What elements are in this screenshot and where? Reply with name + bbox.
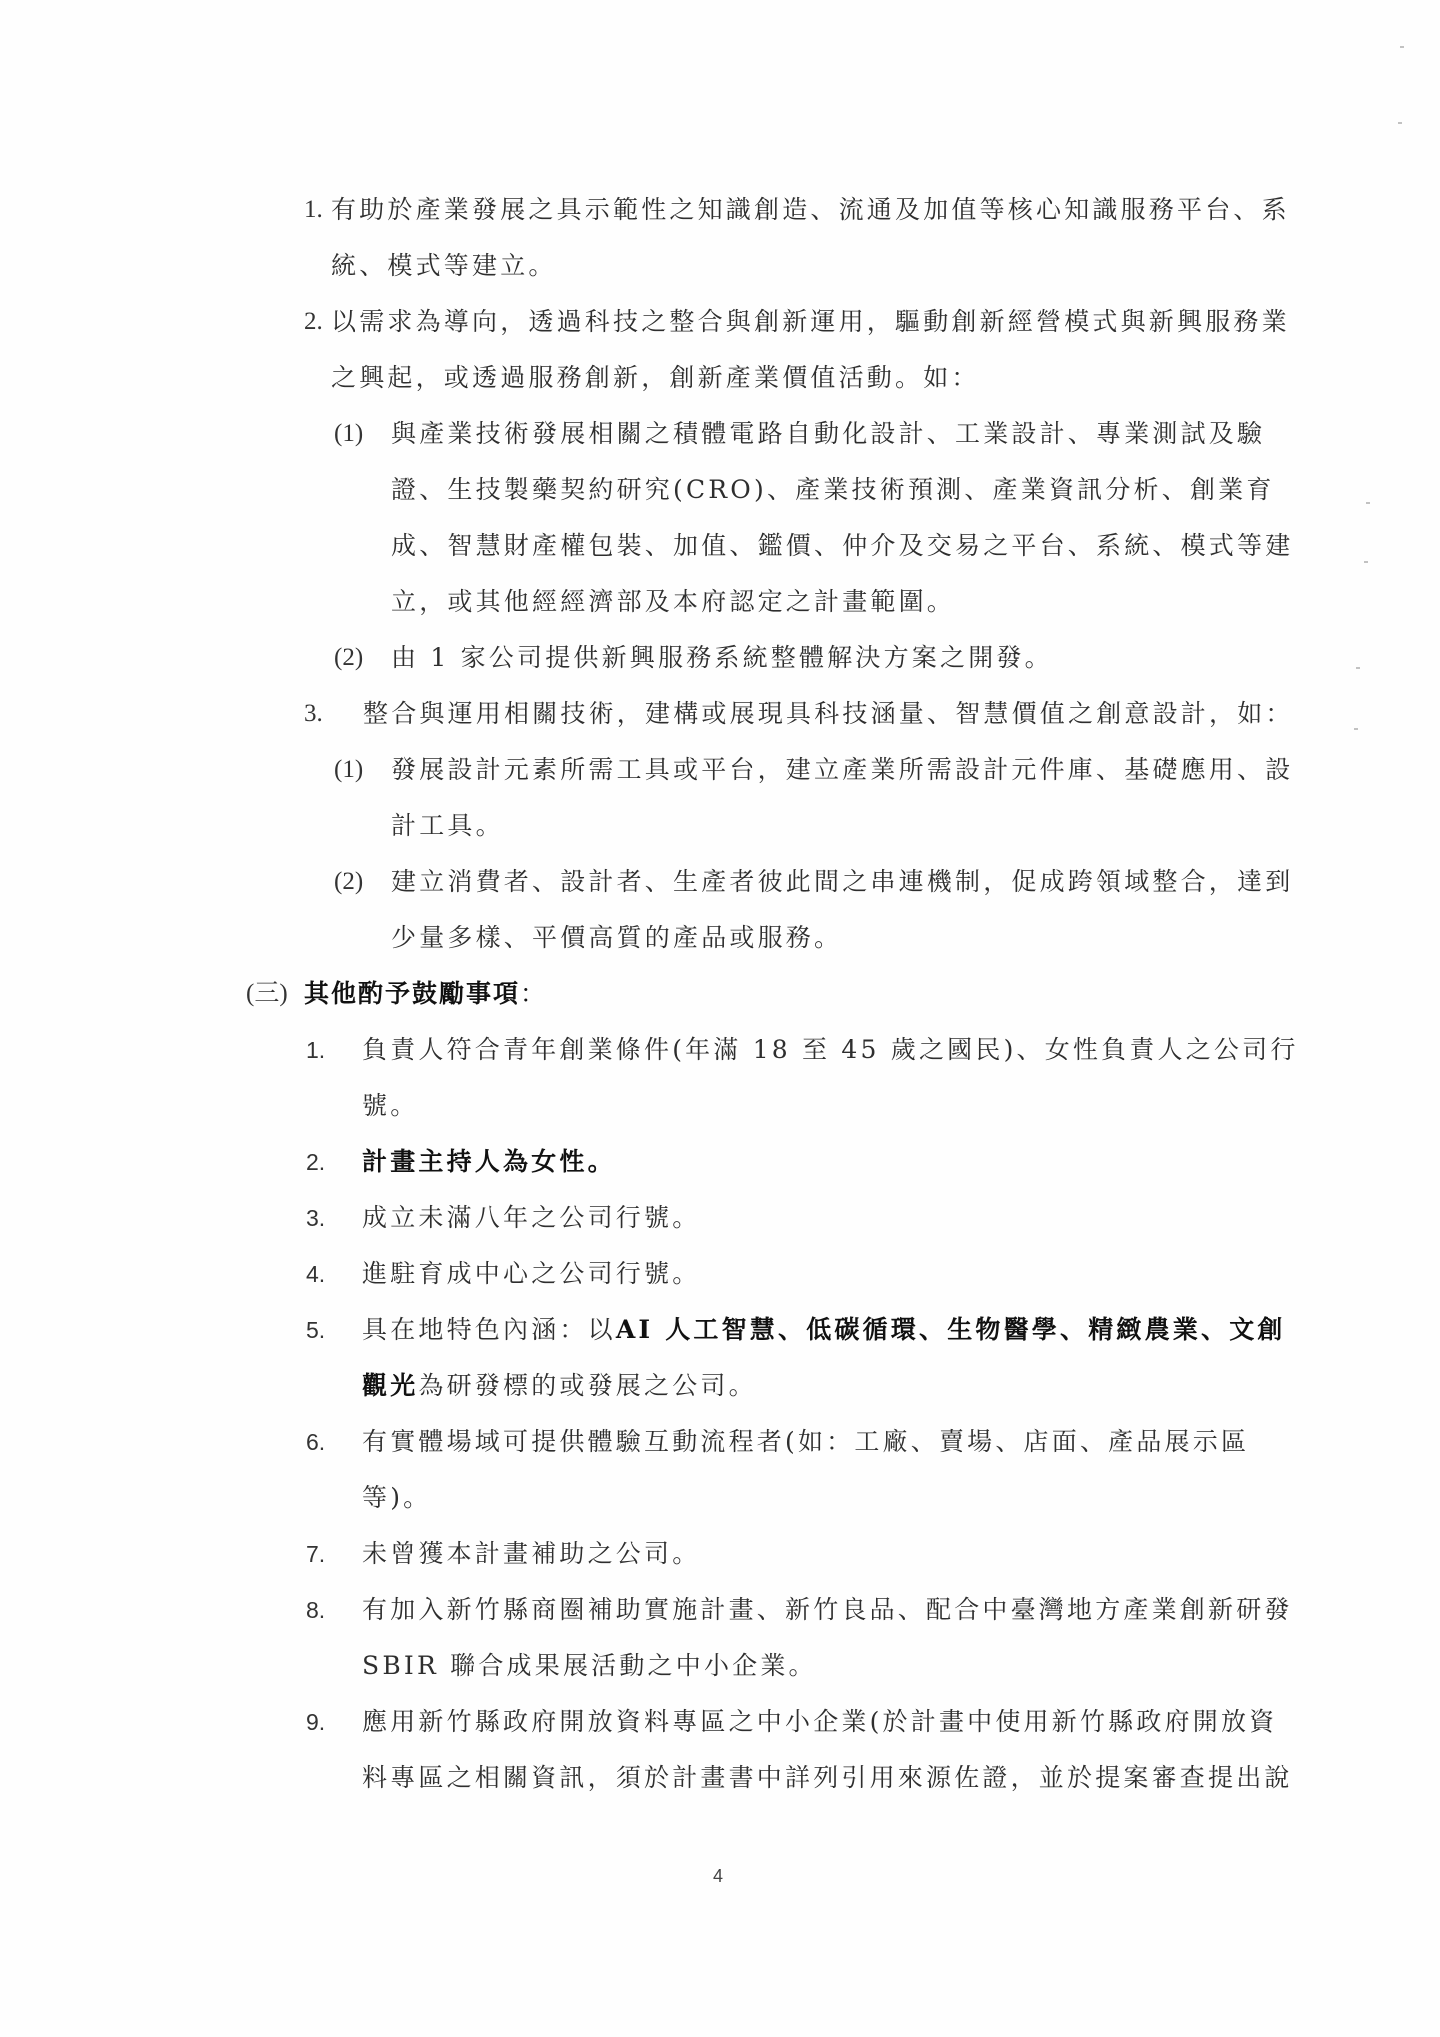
- list-marker: 8.: [306, 1594, 325, 1626]
- section-marker: (三): [246, 978, 288, 1010]
- paragraph-line: 證、生技製藥契約研究(CRO)、產業技術預測、產業資訊分析、創業育: [391, 474, 1275, 506]
- list-marker: 2.: [306, 1146, 325, 1178]
- paragraph-line: 計工具。: [391, 810, 504, 842]
- item-marker: 2.: [304, 306, 323, 338]
- list-marker: 5.: [306, 1314, 325, 1346]
- list-item-line: 有加入新竹縣商圈補助實施計畫、新竹良品、配合中臺灣地方產業創新研發: [362, 1594, 1293, 1626]
- list-item-line: 成立未滿八年之公司行號。: [362, 1202, 700, 1234]
- list-marker: 3.: [306, 1202, 325, 1234]
- paragraph-line: 之興起，或透過服務創新，創新產業價值活動。如：: [331, 362, 980, 394]
- sub-item-marker: (2): [334, 642, 363, 674]
- document-page: 1. 有助於產業發展之具示範性之知識創造、流通及加值等核心知識服務平台、系 統、…: [0, 0, 1440, 2037]
- list-item-line: 觀光為研發標的或發展之公司。: [362, 1370, 757, 1402]
- scan-artifact: [1364, 561, 1368, 563]
- section-title: 其他酌予鼓勵事項：: [304, 978, 547, 1010]
- sub-item-marker: (2): [334, 866, 363, 898]
- paragraph-line: 立，或其他經經濟部及本府認定之計畫範圍。: [391, 586, 955, 618]
- scan-artifact: [1400, 46, 1404, 48]
- paragraph-line: 有助於產業發展之具示範性之知識創造、流通及加值等核心知識服務平台、系: [331, 194, 1290, 226]
- sub-item-marker: (1): [334, 418, 363, 450]
- list-marker: 7.: [306, 1538, 325, 1570]
- list-item-line: 負責人符合青年創業條件(年滿 18 至 45 歲之國民)、女性負責人之公司行: [362, 1034, 1299, 1066]
- list-item-line: 料專區之相關資訊，須於計畫書中詳列引用來源佐證，並於提案審查提出說: [362, 1762, 1293, 1794]
- scan-artifact: [1366, 502, 1370, 504]
- paragraph-line: 統、模式等建立。: [331, 250, 557, 282]
- paragraph-line: 成、智慧財產權包裝、加值、鑑價、仲介及交易之平台、系統、模式等建: [391, 530, 1293, 562]
- paragraph-line: 少量多樣、平價高質的產品或服務。: [391, 922, 842, 954]
- list-item-line: 進駐育成中心之公司行號。: [362, 1258, 700, 1290]
- paragraph-line: 建立消費者、設計者、生產者彼此間之串連機制，促成跨領域整合，達到: [391, 866, 1293, 898]
- scan-artifact: [1398, 122, 1402, 124]
- list-marker: 6.: [306, 1426, 325, 1458]
- item-marker: 3.: [304, 698, 323, 730]
- scan-artifact: [1356, 667, 1360, 669]
- list-item-line: 應用新竹縣政府開放資料專區之中小企業(於計畫中使用新竹縣政府開放資: [362, 1706, 1277, 1738]
- list-item-line: 計畫主持人為女性。: [362, 1146, 616, 1178]
- page-number: 4: [713, 1866, 723, 1887]
- paragraph-line: 發展設計元素所需工具或平台，建立產業所需設計元件庫、基礎應用、設: [391, 754, 1293, 786]
- list-item-line: 有實體場域可提供體驗互動流程者(如：工廠、賣場、店面、產品展示區: [362, 1426, 1249, 1458]
- list-marker: 1.: [306, 1034, 325, 1066]
- list-item-line: 未曾獲本計畫補助之公司。: [362, 1538, 700, 1570]
- list-item-line: 等)。: [362, 1482, 431, 1514]
- list-item-line: 具在地特色內涵：以AI 人工智慧、低碳循環、生物醫學、精緻農業、文創: [362, 1314, 1286, 1346]
- paragraph-line: 由 1 家公司提供新興服務系統整體解決方案之開發。: [391, 642, 1053, 674]
- paragraph-line: 以需求為導向，透過科技之整合與創新運用，驅動創新經營模式與新興服務業: [331, 306, 1290, 338]
- list-item-line: SBIR 聯合成果展活動之中小企業。: [362, 1650, 817, 1682]
- list-marker: 9.: [306, 1706, 325, 1738]
- paragraph-line: 整合與運用相關技術，建構或展現具科技涵量、智慧價值之創意設計，如：: [363, 698, 1294, 730]
- paragraph-line: 與產業技術發展相關之積體電路自動化設計、工業設計、專業測試及驗: [391, 418, 1265, 450]
- list-item-line: 號。: [362, 1090, 418, 1122]
- scan-artifact: [1354, 728, 1358, 730]
- item-marker: 1.: [304, 194, 323, 226]
- list-marker: 4.: [306, 1258, 325, 1290]
- sub-item-marker: (1): [334, 754, 363, 786]
